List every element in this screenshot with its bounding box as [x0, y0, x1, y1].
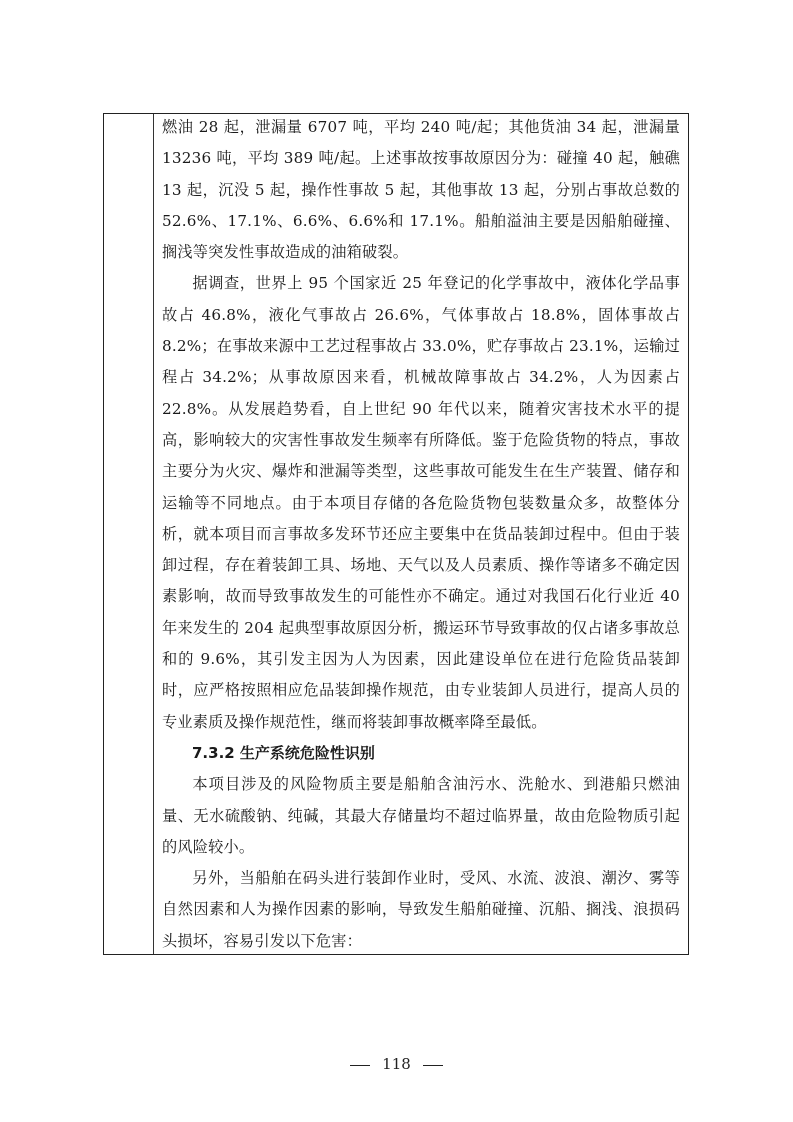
page-footer: 118 — [0, 1055, 793, 1073]
paragraph-risk-substances: 本项目涉及的风险物质主要是船舶含油污水、洗舱水、到港船只燃油量、无水硫酸钠、纯碱… — [162, 769, 680, 863]
dash-right-decoration — [423, 1065, 443, 1066]
content-table: 燃油 28 起，泄漏量 6707 吨，平均 240 吨/起；其他货油 34 起，… — [103, 113, 689, 955]
table-left-column — [104, 114, 154, 954]
section-heading: 7.3.2 生产系统危险性识别 — [162, 738, 680, 769]
paragraph-ship-hazards: 另外，当船舶在码头进行装卸作业时，受风、水流、波浪、潮汐、雾等自然因素和人为操作… — [162, 863, 680, 957]
paragraph-chemical-accident-survey: 据调查，世界上 95 个国家近 25 年登记的化学事故中，液体化学品事故占 46… — [162, 268, 680, 737]
page-number: 118 — [382, 1055, 411, 1073]
paragraph-oil-spill-stats: 燃油 28 起，泄漏量 6707 吨，平均 240 吨/起；其他货油 34 起，… — [162, 112, 680, 268]
dash-left-decoration — [350, 1065, 370, 1066]
table-content-cell: 燃油 28 起，泄漏量 6707 吨，平均 240 吨/起；其他货油 34 起，… — [154, 114, 688, 954]
